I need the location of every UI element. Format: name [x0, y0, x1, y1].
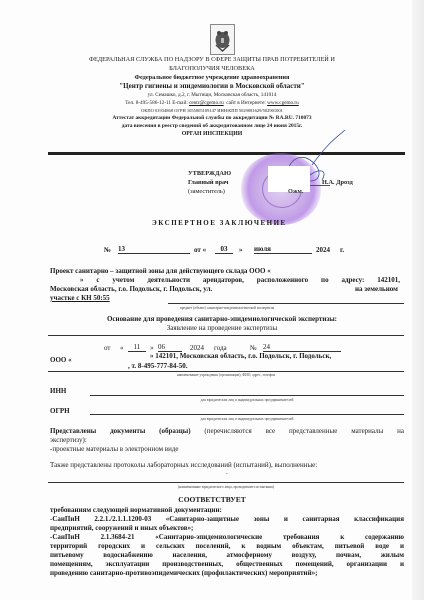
agency-name-line2: БЛАГОПОЛУЧИЯ ЧЕЛОВЕКА: [0, 65, 424, 72]
protocols-value: -: [226, 472, 228, 477]
institution-line1: Федеральное бюджетное учреждение здравоо…: [0, 74, 424, 81]
document-day: 03: [215, 245, 233, 254]
documents-label: Представлены документы (образцы) (перечи…: [50, 427, 404, 435]
inn-caption: для юридических лиц и индивидуальных пре…: [90, 398, 404, 402]
documents-item: -проектные материалы в электронном виде: [50, 445, 179, 453]
norm2-line5: проведению санитарно-противоэпидемически…: [50, 569, 317, 577]
document-year-suffix: г.: [340, 246, 344, 254]
basis-from-label: от: [104, 344, 110, 352]
basis-close-quote: »: [150, 344, 154, 352]
website-link[interactable]: www.cgemo.ru: [267, 100, 299, 106]
ogrn-field-line: [90, 414, 404, 415]
number-label: №: [104, 246, 111, 254]
applicant-caption: наименование учреждения (организации), Ф…: [48, 373, 404, 377]
document-year: 2024: [316, 246, 330, 254]
approval-title: УТВЕРЖДАЮ: [188, 170, 231, 177]
applicant-org: ООО «: [50, 356, 72, 364]
basis-open-quote: «: [120, 344, 124, 352]
approver-name: Н.А. Дрозд: [322, 179, 353, 186]
norms-intro: требованиям следующей нормативной докуме…: [50, 506, 222, 514]
inn-label: ИНН: [50, 387, 66, 395]
basis-month: 06: [158, 343, 182, 352]
ogrn-label: ОГРН: [50, 407, 70, 415]
organ-label: ОРГАН ИНСПЕКЦИИ: [0, 131, 424, 137]
document-month: июля: [254, 245, 312, 254]
protocols-underline: [48, 482, 404, 483]
subject-line3-left: Московская область, г.о. Подольск, г. По…: [50, 285, 212, 293]
documents-label-line2: экспертизу):: [50, 436, 87, 444]
verdict: СООТВЕТСТВУЕТ: [0, 495, 424, 504]
website-label: сайт в Интернете:: [226, 100, 266, 106]
approval-position-line2: (заместитель): [188, 188, 225, 195]
basis-year-label: года: [214, 344, 227, 352]
basis-value: Заявление на проведение экспертизы: [30, 324, 414, 332]
institution-line2: "Центр гигиены и эпидемиологии в Московс…: [0, 82, 424, 90]
norm2-line3: питьевому водоснабжению населения, атмос…: [50, 551, 404, 559]
accreditation-line2: дата внесения в реестр сведений об аккре…: [0, 123, 424, 129]
subject-line4: участке с КН 50:55: [50, 294, 110, 302]
norm1-line2: предприятий, сооружений и иных объектов»…: [50, 524, 193, 532]
phone-label: Тел. 8-495-586-12-11 E-mail:: [125, 100, 188, 106]
subject-line2: » с учетом деятельности арендаторов, рас…: [80, 276, 400, 284]
norm1-line1: -СанПиН 2.2.1./2.1.1.1200-03 «Санитарно-…: [50, 515, 404, 523]
inn-field-line: [90, 395, 404, 396]
registration-codes: ОКПО 01934868 ОГРН 1055005109147 ИНН/КПП…: [0, 108, 424, 113]
page-edge: [412, 0, 424, 600]
norm2-line1: -СанПиН 2.1.3684-21 «Санитарно-эпидемиол…: [50, 533, 404, 541]
applicant-phone: , т. 8-495-777-84-50.: [128, 362, 188, 370]
document-number: 13: [118, 245, 190, 254]
header-divider: [48, 152, 405, 155]
applicant-underline: [48, 371, 404, 372]
basis-title: Основание для проведения санитарно-эпиде…: [30, 315, 414, 323]
subject-underline: [168, 303, 404, 304]
norm2-line4: помещениям, эксплуатации производственны…: [50, 560, 404, 568]
subject-line3-right: на земельном: [355, 285, 398, 293]
date-from-label: от «: [194, 246, 206, 254]
document-title: ЭКСПЕРТНОЕ ЗАКЛЮЧЕНИЕ: [152, 219, 287, 227]
agency-name-line1: ФЕДЕРАЛЬНАЯ СЛУЖБА ПО НАДЗОРУ В СФЕРЕ ЗА…: [0, 56, 424, 63]
institution-address: ул. Семашко, д.2, г. Мытищи, Московская …: [0, 92, 424, 98]
applicant-address: » 142101, Московская область, г.о. Подол…: [150, 352, 331, 360]
date-day-close: »: [239, 246, 243, 254]
basis-number-label: №: [250, 344, 257, 352]
stamp-text-fragment: Ожм.: [288, 188, 303, 195]
accreditation-line1: Аттестат аккредитации Федеральной службы…: [0, 115, 424, 121]
subject-line1: Проект санитарно – защитной зоны для дей…: [50, 267, 271, 275]
protocols-caption: (наименование юридического лица, проводи…: [48, 485, 404, 489]
basis-underline: [48, 335, 404, 336]
contact-line: Тел. 8-495-586-12-11 E-mail: centr@cgemo…: [0, 100, 424, 106]
protocols-label: Также представлены протоколы лабораторны…: [50, 461, 317, 469]
ogrn-caption: для юридических лиц и индивидуальных пре…: [90, 417, 404, 421]
email-link[interactable]: centr@cgemo.ru: [189, 100, 224, 106]
basis-year: 2024: [190, 344, 204, 352]
coat-of-arms-icon: [210, 24, 235, 55]
subject-caption: предмет (объект) санитарно-эпидемиологич…: [50, 306, 404, 310]
norm2-line2: территорий городских и сельских поселени…: [50, 542, 404, 550]
documents-label-bold: Представлены документы (образцы): [50, 427, 191, 435]
approval-position-line1: Главный врач: [188, 179, 228, 186]
basis-day: 11: [128, 343, 146, 352]
basis-number: 24: [263, 343, 341, 352]
documents-label-rest: (перечисляются все представленные матери…: [204, 427, 404, 435]
